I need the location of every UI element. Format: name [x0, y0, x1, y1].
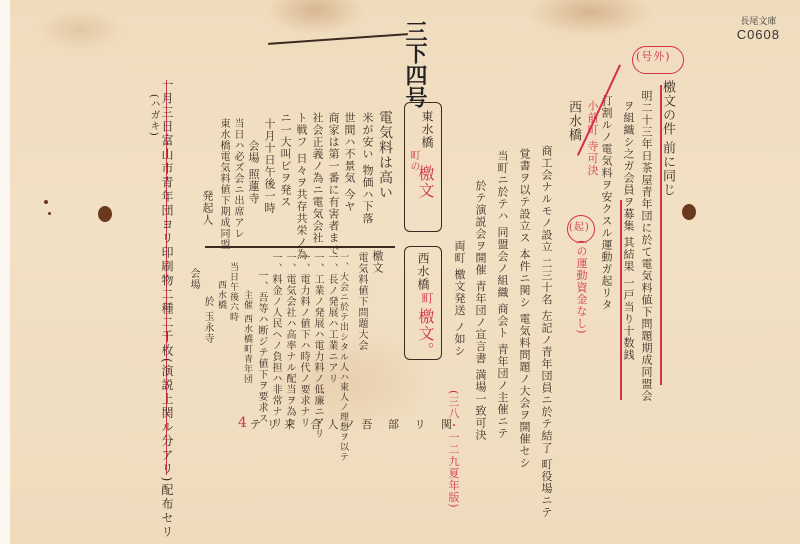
low-col-6: 一、電気会社ハ高率ナル配当ヲ為シ: [282, 252, 296, 428]
red-circle-text: (起): [569, 221, 590, 235]
left-column: 一月三日富山市青年団ヨリ印刷物二種二千枚(演説上関ル分アリ)配布セリ: [160, 78, 173, 539]
low-col-12: 西水橋: [214, 280, 228, 310]
right-col-2: ヲ組織シ之ガ会員ヲ募集 其結果 一戸当り十数銭: [622, 100, 634, 361]
box2-red2: 檄文。: [418, 308, 432, 359]
box1-red2: 檄文: [418, 165, 432, 199]
mid-col-1: 米が安い 物価ハ下落: [360, 112, 374, 225]
mid-col-5: ト戦フ 日々ヲ共存共栄ノ為: [294, 112, 308, 261]
right-col-1: 明二十三年日茶屋青年団に於て電気料値下問題期成同盟会: [640, 90, 652, 402]
low-col-10: 主催 西水橋町青年団: [240, 290, 254, 384]
low-col-9: テリ来 合人ノ吾 部 リ 関: [250, 418, 458, 432]
right-col-3: 打割ルノ電気料ヲ安クスル運動ガ起リタ: [600, 95, 612, 311]
right-col-8: 当町ニ於テハ 同盟会ノ組織 商会ト 青年団ノ主催ニテ: [496, 150, 508, 440]
mid-col-11: 発起人: [200, 190, 214, 226]
red-lower-bracket: (三八・一二九夏年版): [446, 390, 460, 509]
low-col-8: 一、吾等ハ断ジテ値下ヲ要求ス: [254, 270, 268, 424]
mid-col-3: 商家は第一番に有害者まで: [326, 112, 340, 256]
box2-line1: 西水橋: [416, 252, 430, 291]
right-col-6: 商工会ナルモノ設立 二三十名 左記ノ青年団員ニ於テ結了 町役場ニテ: [540, 145, 552, 519]
low-col-4: 一、工業ノ発展ハ電力料ノ低廉ニアリ: [310, 252, 324, 439]
mid-col-8: 会場 照蓮寺: [246, 140, 260, 205]
red-number-mark: 4: [238, 416, 248, 430]
right-col-0: 檄文の件 前に同じ: [660, 80, 674, 197]
mid-col-10: 東水橋電気料値下期成同盟: [216, 118, 230, 250]
right-col-7: 覚書ヲ以テ設立ス 本件ニ関シ 電気料問題ノ大会ヲ開催セシ: [518, 148, 530, 469]
red-tag-top: (号外): [636, 50, 671, 64]
low-col-13: 於 玉永寺: [200, 296, 214, 344]
low-col-5: 一、電力料ノ値下ハ時代ノ要求ナリ: [296, 252, 310, 428]
archive-number: C0608: [737, 27, 780, 42]
mid-col-7: 十月十日午後一時: [262, 118, 276, 214]
right-col-4: 西水橋: [566, 100, 580, 142]
document-scan: 長尾文庫 C0608 三下四号 (号外) 檄文の件 前に同じ 明二十三年日茶屋青…: [0, 0, 800, 544]
page-edge: [0, 0, 10, 544]
mid-col-9: 当日ハ必ズ会ニ出席アレ: [230, 118, 244, 239]
archive-stamp: 長尾文庫 C0608: [737, 14, 780, 42]
section-divider: [205, 246, 395, 248]
right-col-10: 両町 檄文発送 ノ如シ: [452, 240, 466, 357]
low-col-3: 一、長ノ発展ハ工業ニアリ: [324, 252, 338, 384]
box2-red: 町: [420, 292, 434, 305]
low-col-0: 檄文: [370, 250, 384, 274]
low-col-7: 一、料金ノ人民ヘノ負担ハ非常ナリ: [268, 252, 282, 428]
mid-col-4: 社会正義ノ為ニ電気会社: [310, 112, 324, 244]
red-rule: [660, 85, 662, 385]
stain-spot: [44, 200, 48, 204]
mid-col-6: ニ一大叫ビヲ発ス: [278, 112, 292, 208]
red-note-right: (の運動資金なし): [574, 240, 588, 335]
mid-col-0: 電気料は高い: [378, 110, 392, 200]
punch-hole-right: [682, 204, 696, 220]
right-col-9: 於テ演説会ヲ開催 青年団ノ宣言書 満場一致可決: [474, 180, 486, 441]
title-underline: [268, 33, 408, 45]
box1-line1: 東水橋: [420, 110, 434, 149]
left-small-note: (ハガキ): [146, 94, 160, 137]
mid-col-2: 世間ハ不景気 今ヤ: [342, 112, 356, 213]
archive-label: 長尾文庫: [737, 14, 780, 27]
low-col-1: 電気料値下問題大会: [354, 252, 368, 351]
stain-spot: [48, 212, 51, 215]
title-mark: 三下四号: [400, 20, 431, 108]
low-col-11: 当日午後六時: [226, 262, 240, 322]
low-col-14: 会場: [186, 268, 200, 290]
red-rule: [620, 200, 622, 400]
punch-hole-left: [98, 206, 112, 222]
